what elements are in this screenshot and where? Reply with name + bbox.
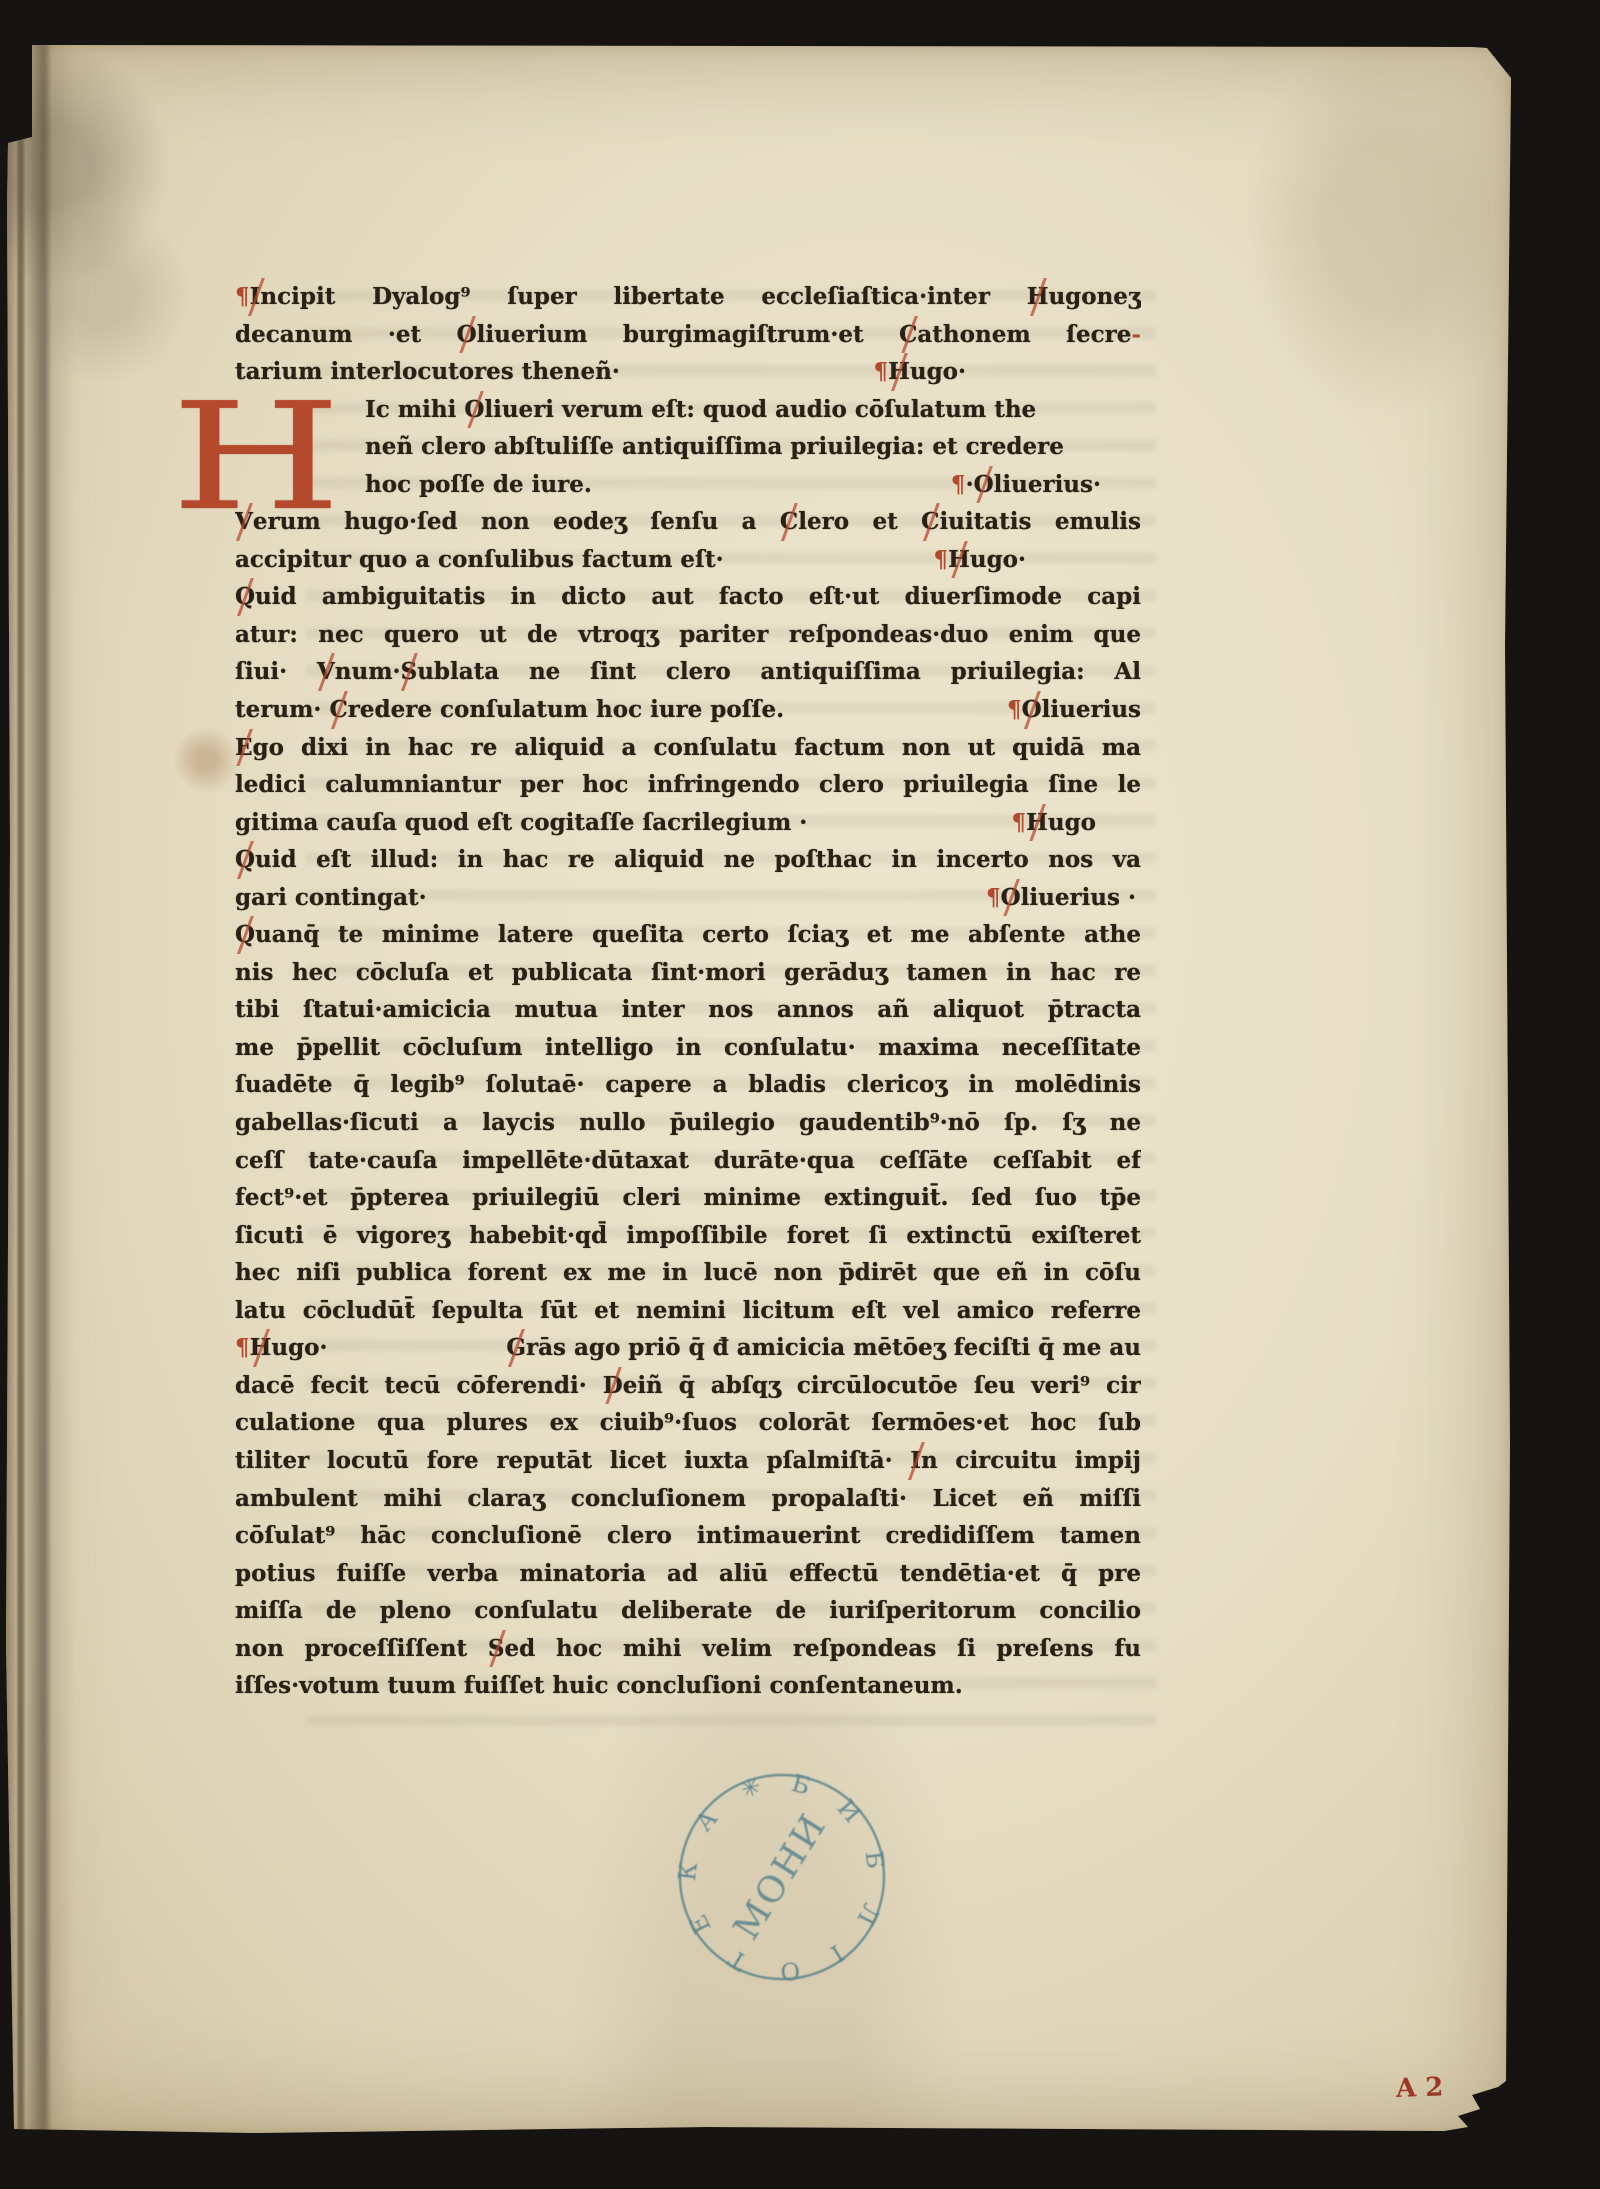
text-segment: atur: nec quero ut de vtroqʒ pariter reſ…	[235, 621, 1141, 648]
text-segment: neñ clero abſtuliſſe antiquiſſima priuil…	[365, 433, 1064, 460]
text-segment: ambulent mihi claraʒ concluſionem propal…	[235, 1485, 933, 1512]
text-line: gabellas·ſicuti a laycis nullo p̄uilegio…	[235, 1104, 1141, 1142]
text-segment: liuerius ·	[1021, 884, 1136, 911]
text-line: potius fuiſſe verba minatoria ad aliū ef…	[235, 1555, 1141, 1593]
line-left-group: gitima cauſa quod eſt cogitaſſe ſacrileg…	[235, 804, 807, 842]
text-segment: liueri verum eſt: quod audio cōſulatum t…	[484, 396, 1036, 423]
text-line: hoc poſſe de iure.¶·Oliuerius·	[235, 466, 1141, 504]
text-line: fect⁹·et p̄pterea priuilegiū cleri minim…	[235, 1179, 1141, 1217]
line-left-group: neñ clero abſtuliſſe antiquiſſima priuil…	[365, 428, 1064, 466]
text-segment: ed hoc mihi velim reſpondeas ſi preſens …	[505, 1635, 1141, 1662]
text-line: culatione qua plures ex ciuib⁹·ſuos colo…	[235, 1404, 1141, 1442]
rubric-segment: ¶	[235, 1334, 250, 1361]
text-line: dacē fecit tecū cōferendi· Deiñ q̄ abſqʒ…	[235, 1367, 1141, 1405]
text-segment: V	[317, 653, 335, 691]
text-line: miſſa de pleno conſulatu deliberate de i…	[235, 1592, 1141, 1630]
text-segment: C	[780, 503, 798, 541]
text-line: ambulent mihi claraʒ concluſionem propal…	[235, 1480, 1141, 1518]
text-segment: liuerium burgimagiſtrum·et	[477, 321, 899, 348]
text-segment: tibi ſtatui·amicicia mutua inter nos ann…	[235, 996, 1141, 1023]
text-segment: gitima cauſa quod eſt cogitaſſe ſacrileg…	[235, 809, 807, 836]
text-line: hec niſi publica forent ex me in lucē no…	[235, 1254, 1141, 1292]
text-segment: ugo·	[970, 546, 1026, 573]
text-segment: O	[457, 316, 477, 354]
text-segment: E	[235, 729, 253, 767]
line-right-group: ¶·Oliuerius·	[951, 466, 1101, 504]
text-line: ledici calumniantur per hoc infringendo …	[235, 766, 1141, 804]
text-segment: miſſa de pleno conſulatu deliberate de i…	[235, 1597, 1141, 1624]
text-segment: H	[250, 1329, 272, 1367]
text-segment: hoc poſſe de iure.	[365, 471, 592, 498]
text-line: non proceſſiſſent Sed hoc mihi velim reſ…	[235, 1630, 1141, 1668]
line-right-group: ¶Oliuerius ·	[986, 879, 1136, 917]
text-segment: hec niſi publica forent ex me in lucē no…	[235, 1259, 1141, 1286]
text-segment: I	[250, 278, 261, 316]
text-segment: H	[948, 541, 970, 579]
text-segment: tiliter locutū fore reputāt licet iuxta …	[235, 1447, 910, 1474]
line-left-group: gari contingat·	[235, 879, 427, 917]
text-segment: lero et	[798, 508, 921, 535]
text-segment: V	[235, 503, 253, 541]
text-segment: O	[1001, 879, 1021, 917]
text-segment: H	[1026, 804, 1048, 842]
text-segment: iſſes·votum tuum fuiſſet huic concluſion…	[235, 1672, 963, 1699]
text-line: accipitur quo a conſulibus factum eſt·¶H…	[235, 541, 1141, 579]
text-segment: L	[933, 1485, 949, 1512]
text-line: iſſes·votum tuum fuiſſet huic concluſion…	[235, 1667, 1141, 1705]
text-line: ceſſ tate·cauſa impellēte·dūtaxat durāte…	[235, 1142, 1141, 1180]
text-segment: icet eñ miſſi	[949, 1485, 1141, 1512]
text-line: Quanq̄ te minime latere queſita certo ſc…	[235, 916, 1141, 954]
line-right-group: ¶Hugo	[1011, 804, 1096, 842]
text-segment: ugoneʒ	[1048, 283, 1141, 310]
text-segment: cōſulat⁹ hāc concluſionē clero intimauer…	[235, 1522, 1141, 1549]
text-segment: dacē fecit tecū cōferendi·	[235, 1372, 603, 1399]
line-right-group: ¶Oliuerius	[1007, 691, 1141, 729]
text-segment: n circuitu impij	[921, 1447, 1141, 1474]
rubric-segment: ¶	[873, 358, 888, 385]
line-left-group: accipitur quo a conſulibus factum eſt·	[235, 541, 724, 579]
text-line: Quid ambiguitatis in dicto aut facto eſt…	[235, 578, 1141, 616]
text-segment: uid eſt illud: in hac re aliquid ne poſt…	[255, 846, 1141, 873]
text-segment: O	[974, 466, 994, 504]
text-segment: rās ago priō q̄ đ amicicia mētōeʒ feciſt…	[526, 1334, 1141, 1361]
text-line: atur: nec quero ut de vtroqʒ pariter reſ…	[235, 616, 1141, 654]
rubric-segment: ¶	[235, 283, 250, 310]
text-segment: O	[1022, 691, 1042, 729]
text-segment: ſiui·	[235, 658, 317, 685]
line-left-group: Ic mihi Oliueri verum eſt: quod audio cō…	[365, 391, 1036, 429]
text-segment: nis hec cōcluſa et publicata ſint·mori g…	[235, 959, 1141, 986]
manuscript-page: H ¶Incipit Dyalog⁹ ſuper libertate eccle…	[6, 45, 1511, 2135]
text-line: nis hec cōcluſa et publicata ſint·mori g…	[235, 954, 1141, 992]
text-segment: H	[1027, 278, 1049, 316]
text-line: Ic mihi Oliueri verum eſt: quod audio cō…	[235, 391, 1141, 429]
quire-signature: A2	[1395, 2072, 1452, 2104]
text-segment: O	[464, 391, 484, 429]
text-segment: ceſſ tate·cauſa impellēte·dūtaxat durāte…	[235, 1147, 1141, 1174]
text-segment: ugo·	[910, 358, 966, 385]
text-segment: H	[888, 353, 910, 391]
text-line: neñ clero abſtuliſſe antiquiſſima priuil…	[235, 428, 1141, 466]
text-segment: Q	[235, 578, 255, 616]
text-segment: num·	[335, 658, 401, 685]
text-line: ¶Incipit Dyalog⁹ ſuper libertate eccleſi…	[235, 278, 1141, 316]
text-line: ¶Hugo·Grās ago priō q̄ đ amicicia mētōeʒ…	[235, 1329, 1141, 1367]
line-right-group: ¶Hugo·	[873, 353, 966, 391]
text-segment: C	[921, 503, 939, 541]
text-line: ſiui· Vnum·Sublata ne ſint clero antiqui…	[235, 653, 1141, 691]
rubric-segment: ¶	[1011, 809, 1026, 836]
text-line: gitima cauſa quod eſt cogitaſſe ſacrileg…	[235, 804, 1141, 842]
text-segment: potius fuiſſe verba minatoria ad aliū ef…	[235, 1560, 1141, 1587]
text-segment: Q	[235, 841, 255, 879]
text-line: decanum ·et Oliuerium burgimagiſtrum·et …	[235, 316, 1141, 354]
text-block: H ¶Incipit Dyalog⁹ ſuper libertate eccle…	[235, 278, 1141, 1705]
text-segment: Q	[235, 916, 255, 954]
text-segment: ugo·	[271, 1334, 327, 1361]
text-segment: ſicuti ē vigoreʒ habebit·qd̄ impoſſibile…	[235, 1222, 1141, 1249]
text-segment: redere conſulatum hoc iure poſſe.	[348, 696, 784, 723]
text-line: Quid eſt illud: in hac re aliquid ne poſ…	[235, 841, 1141, 879]
text-segment: go dixi in hac re aliquid a conſulatu fa…	[253, 734, 1141, 761]
rubric-segment: ¶	[951, 471, 966, 498]
binding-gutter	[6, 45, 76, 2135]
text-segment: me p̄pellit cōcluſum intelligo in conſul…	[235, 1034, 1141, 1061]
text-segment: ncipit Dyalog⁹ ſuper libertate eccleſiaſ…	[260, 283, 1026, 310]
text-segment: terum·	[235, 696, 329, 723]
text-segment: S	[488, 1630, 505, 1668]
rubric-segment: -	[1131, 321, 1141, 348]
illuminated-initial: H	[171, 382, 341, 532]
line-left-group: ¶Hugo·	[235, 1329, 328, 1367]
text-segment: eiñ q̄ abſqʒ circūlocutōe ſeu veri⁹ cir	[623, 1372, 1141, 1399]
line-left-group: hoc poſſe de iure.	[365, 466, 592, 504]
text-line: Verum hugo·ſed non eodeʒ ſenſu a Clero e…	[235, 503, 1141, 541]
text-line: Ego dixi in hac re aliquid a conſulatu f…	[235, 729, 1141, 767]
text-segment: accipitur quo a conſulibus factum eſt·	[235, 546, 724, 573]
text-line: terum· Credere conſulatum hoc iure poſſe…	[235, 691, 1141, 729]
photograph-background: { "page": { "initial_letter": "H", "sign…	[0, 0, 1600, 2189]
text-line: ſicuti ē vigoreʒ habebit·qd̄ impoſſibile…	[235, 1217, 1141, 1255]
library-stamp: Б И Б Л І О Т Е К А ✳ МОНИ	[674, 1769, 890, 1985]
text-segment: ·	[966, 471, 974, 498]
line-left-group: terum· Credere conſulatum hoc iure poſſe…	[235, 691, 784, 729]
stamp-center-text: МОНИ	[726, 1805, 836, 1946]
text-segment: ublata ne ſint clero antiquiſſima priuil…	[417, 658, 1141, 685]
text-segment: latu cōcludūt̄ ſepulta ſūt et nemini lic…	[235, 1297, 1141, 1324]
text-line: latu cōcludūt̄ ſepulta ſūt et nemini lic…	[235, 1292, 1141, 1330]
text-segment: non proceſſiſſent	[235, 1635, 488, 1662]
text-segment: I	[910, 1442, 921, 1480]
text-segment: ledici calumniantur per hoc infringendo …	[235, 771, 1141, 798]
text-segment: decanum ·et	[235, 321, 457, 348]
text-line: cōſulat⁹ hāc concluſionē clero intimauer…	[235, 1517, 1141, 1555]
text-segment: liuerius	[1042, 696, 1141, 723]
text-segment: G	[506, 1329, 526, 1367]
text-segment: C	[329, 691, 347, 729]
text-segment: D	[603, 1367, 623, 1405]
text-segment: uanq̄ te minime latere queſita certo ſci…	[255, 921, 1141, 948]
text-line: gari contingat·¶Oliuerius ·	[235, 879, 1141, 917]
line-right-group: Grās ago priō q̄ đ amicicia mētōeʒ feciſ…	[506, 1329, 1141, 1367]
text-segment: uid ambiguitatis in dicto aut facto eſt·…	[255, 583, 1141, 610]
line-right-group: ¶Hugo·	[933, 541, 1026, 579]
text-segment: C	[899, 316, 917, 354]
text-segment: ugo	[1048, 809, 1096, 836]
text-segment: athonem ſecre	[917, 321, 1131, 348]
text-line: tarium interlocutores theneñ·¶Hugo·	[235, 353, 1141, 391]
text-segment: gabellas·ſicuti a laycis nullo p̄uilegio…	[235, 1109, 1141, 1136]
rubric-segment: ¶	[1007, 696, 1022, 723]
text-segment: iuitatis emulis	[939, 508, 1141, 535]
rubric-segment: ¶	[986, 884, 1001, 911]
text-segment: liuerius·	[994, 471, 1101, 498]
text-segment: S	[401, 653, 418, 691]
text-segment: gari contingat·	[235, 884, 427, 911]
text-segment: culatione qua plures ex ciuib⁹·ſuos colo…	[235, 1409, 1141, 1436]
text-segment: ſuadēte q̄ legib⁹ ſolutaē· capere a blad…	[235, 1071, 1141, 1098]
text-line: ſuadēte q̄ legib⁹ ſolutaē· capere a blad…	[235, 1066, 1141, 1104]
text-line: me p̄pellit cōcluſum intelligo in conſul…	[235, 1029, 1141, 1067]
text-line: tiliter locutū fore reputāt licet iuxta …	[235, 1442, 1141, 1480]
text-segment: Ic mihi	[365, 396, 464, 423]
text-line: tibi ſtatui·amicicia mutua inter nos ann…	[235, 991, 1141, 1029]
rubric-segment: ¶	[933, 546, 948, 573]
text-segment: fect⁹·et p̄pterea priuilegiū cleri minim…	[235, 1184, 1141, 1211]
